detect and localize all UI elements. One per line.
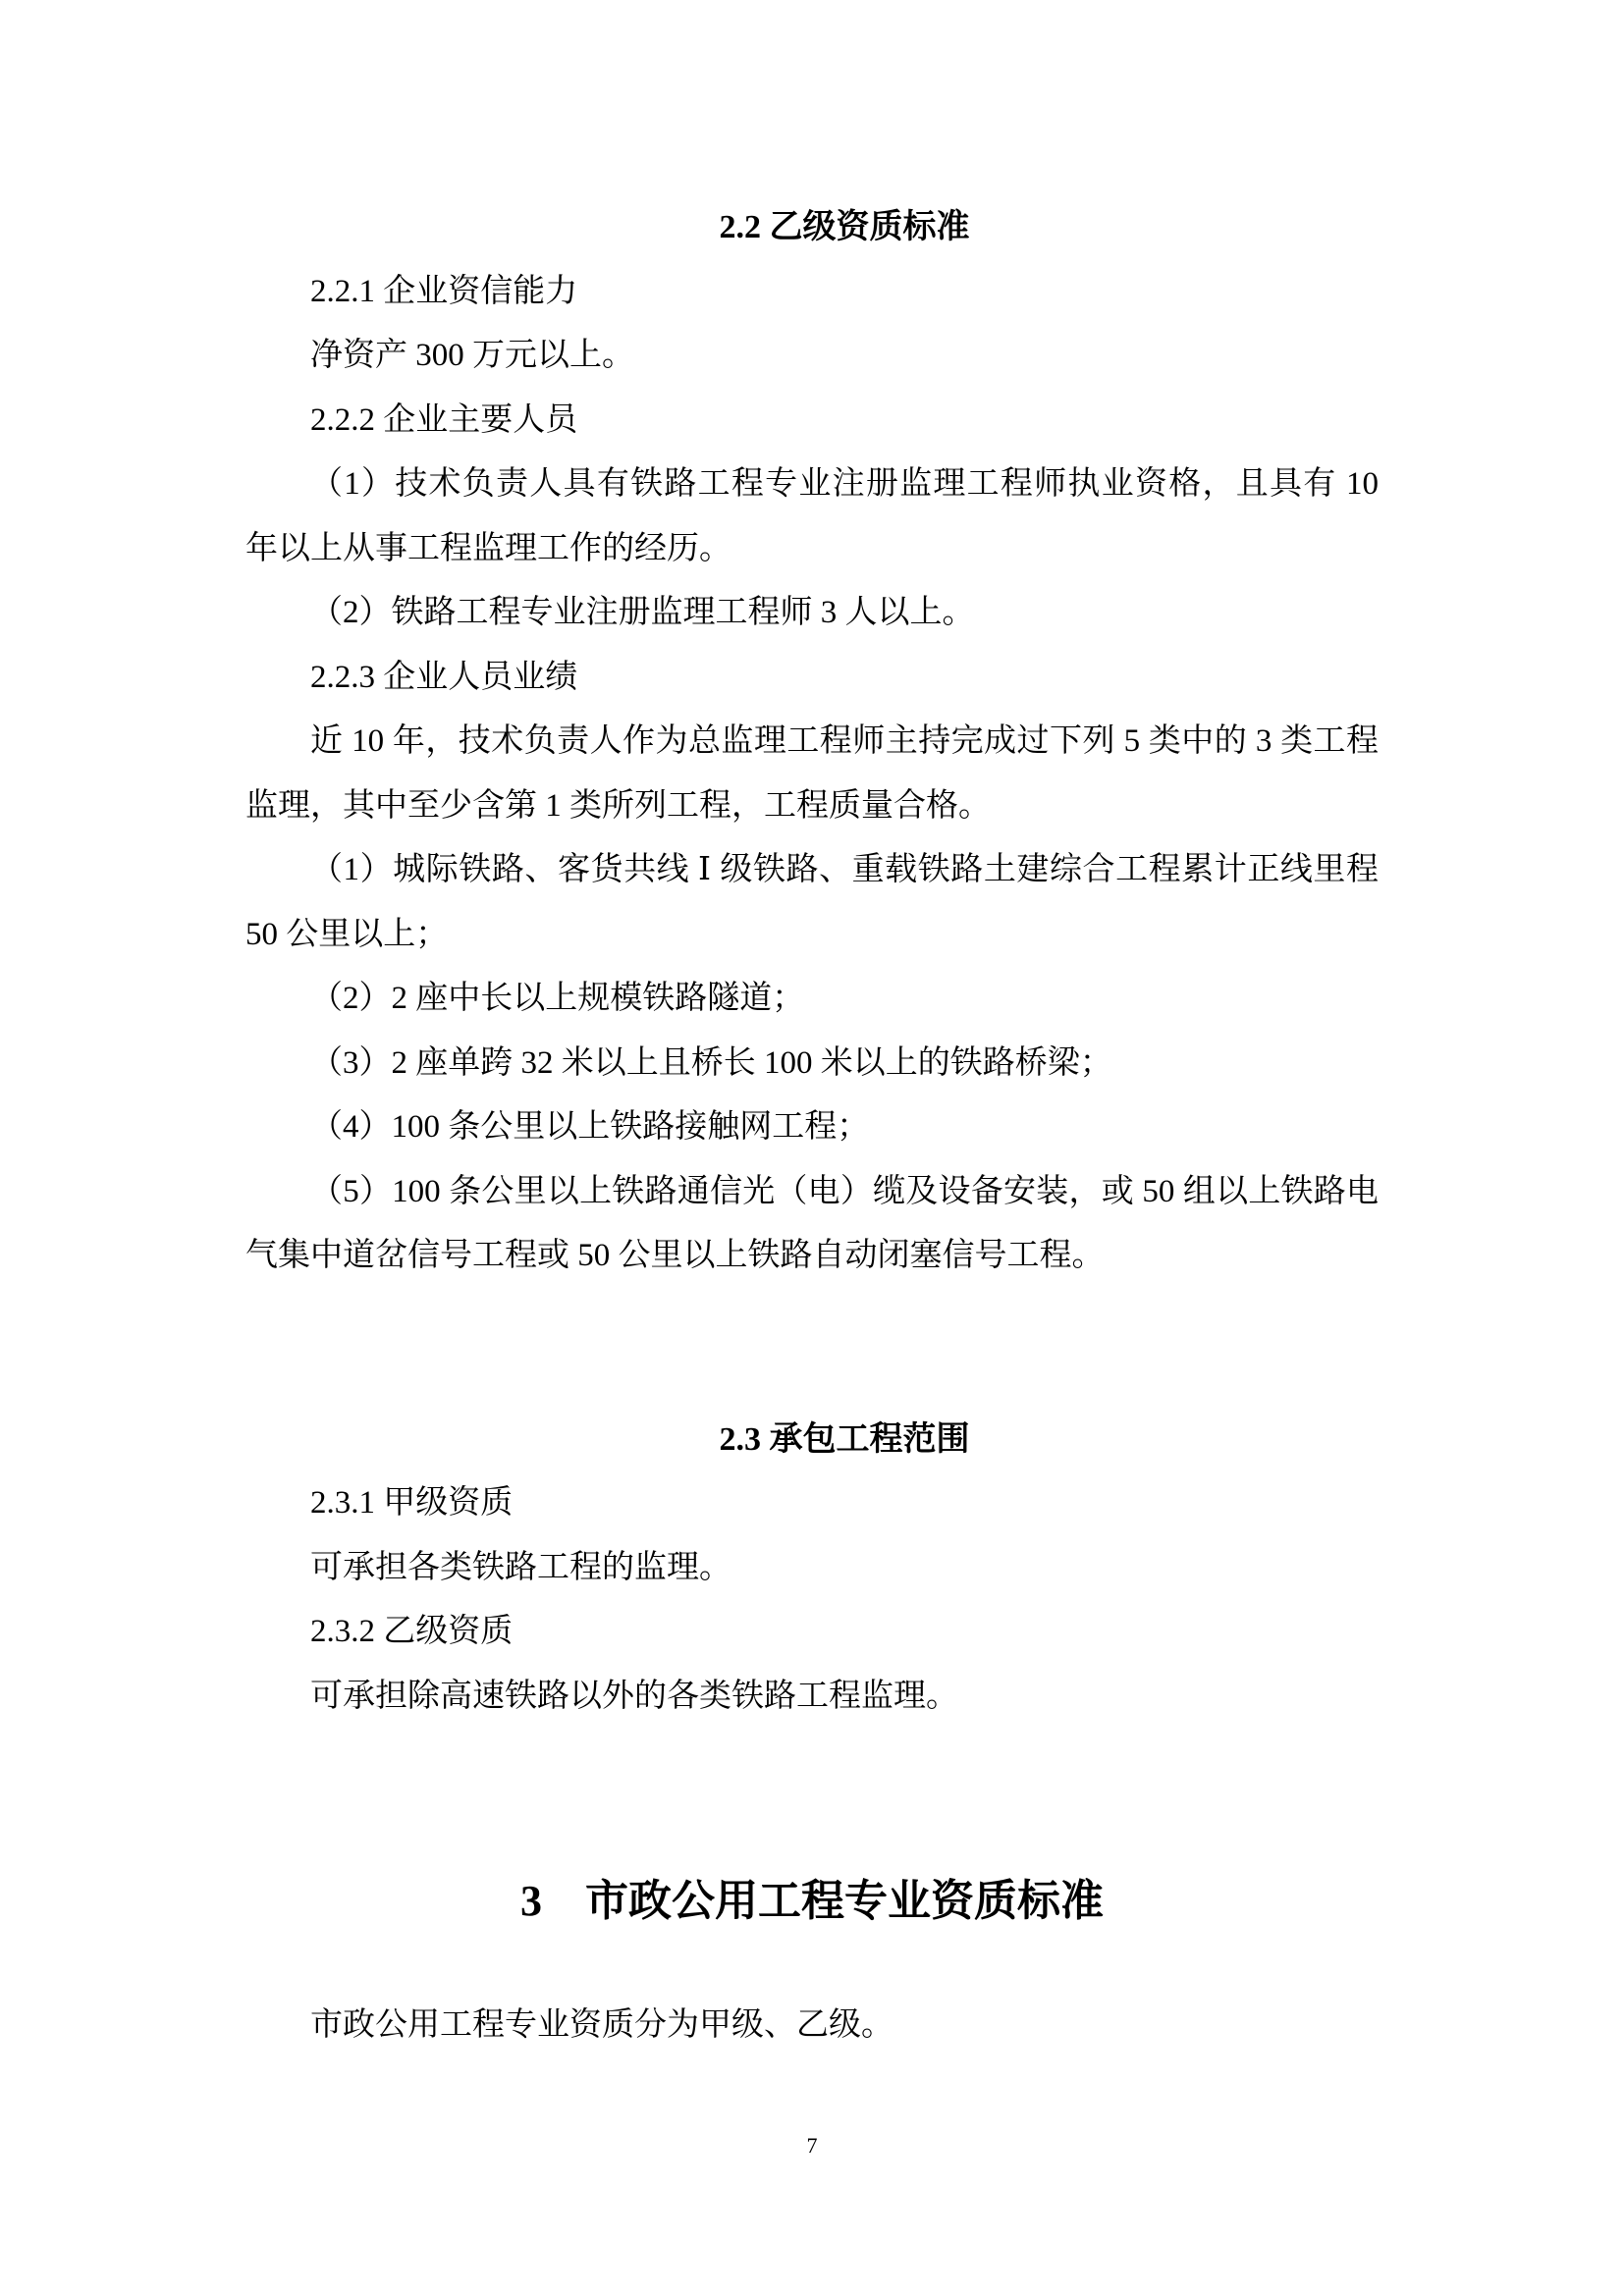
body-line: 市政公用工程专业资质分为甲级、乙级。 bbox=[245, 1994, 1379, 2058]
body-line: 可承担各类铁路工程的监理。 bbox=[245, 1536, 1379, 1601]
body-line: 年以上从事工程监理工作的经历。 bbox=[245, 517, 1379, 582]
body-line: 2.2.1 企业资信能力 bbox=[245, 260, 1379, 325]
body-line: 气集中道岔信号工程或 50 公里以上铁路自动闭塞信号工程。 bbox=[245, 1224, 1379, 1289]
body-line: 2.2.3 企业人员业绩 bbox=[245, 646, 1379, 711]
body-line: （1）城际铁路、客货共线 Ⅰ 级铁路、重载铁路土建综合工程累计正线里程 bbox=[245, 838, 1379, 903]
body-line: 净资产 300 万元以上。 bbox=[245, 324, 1379, 389]
body-line: 2.3.2 乙级资质 bbox=[245, 1600, 1379, 1665]
body-line: 近 10 年，技术负责人作为总监理工程师主持完成过下列 5 类中的 3 类工程 bbox=[245, 710, 1379, 774]
body-line: （5）100 条公里以上铁路通信光（电）缆及设备安装，或 50 组以上铁路电 bbox=[245, 1160, 1379, 1225]
section-heading-3: 3 市政公用工程专业资质标准 bbox=[245, 1862, 1379, 1941]
body-line: （1）技术负责人具有铁路工程专业注册监理工程师执业资格，且具有 10 bbox=[245, 453, 1379, 517]
body-line: 2.3.1 甲级资质 bbox=[245, 1471, 1379, 1536]
document-page: 2.2 乙级资质标准 2.2.1 企业资信能力 净资产 300 万元以上。 2.… bbox=[0, 0, 1624, 2296]
section-heading-2-3: 2.3 承包工程范围 bbox=[245, 1408, 1379, 1472]
body-line: （2）2 座中长以上规模铁路隧道； bbox=[245, 967, 1379, 1032]
body-line: （4）100 条公里以上铁路接触网工程； bbox=[245, 1095, 1379, 1160]
body-line: （2）铁路工程专业注册监理工程师 3 人以上。 bbox=[245, 581, 1379, 646]
section-heading-2-2: 2.2 乙级资质标准 bbox=[245, 195, 1379, 260]
body-line: 50 公里以上； bbox=[245, 903, 1379, 968]
body-line: 2.2.2 企业主要人员 bbox=[245, 389, 1379, 454]
body-line: （3）2 座单跨 32 米以上且桥长 100 米以上的铁路桥梁； bbox=[245, 1032, 1379, 1096]
body-line: 可承担除高速铁路以外的各类铁路工程监理。 bbox=[245, 1665, 1379, 1730]
body-line: 监理，其中至少含第 1 类所列工程，工程质量合格。 bbox=[245, 774, 1379, 839]
page-number: 7 bbox=[245, 2131, 1379, 2161]
